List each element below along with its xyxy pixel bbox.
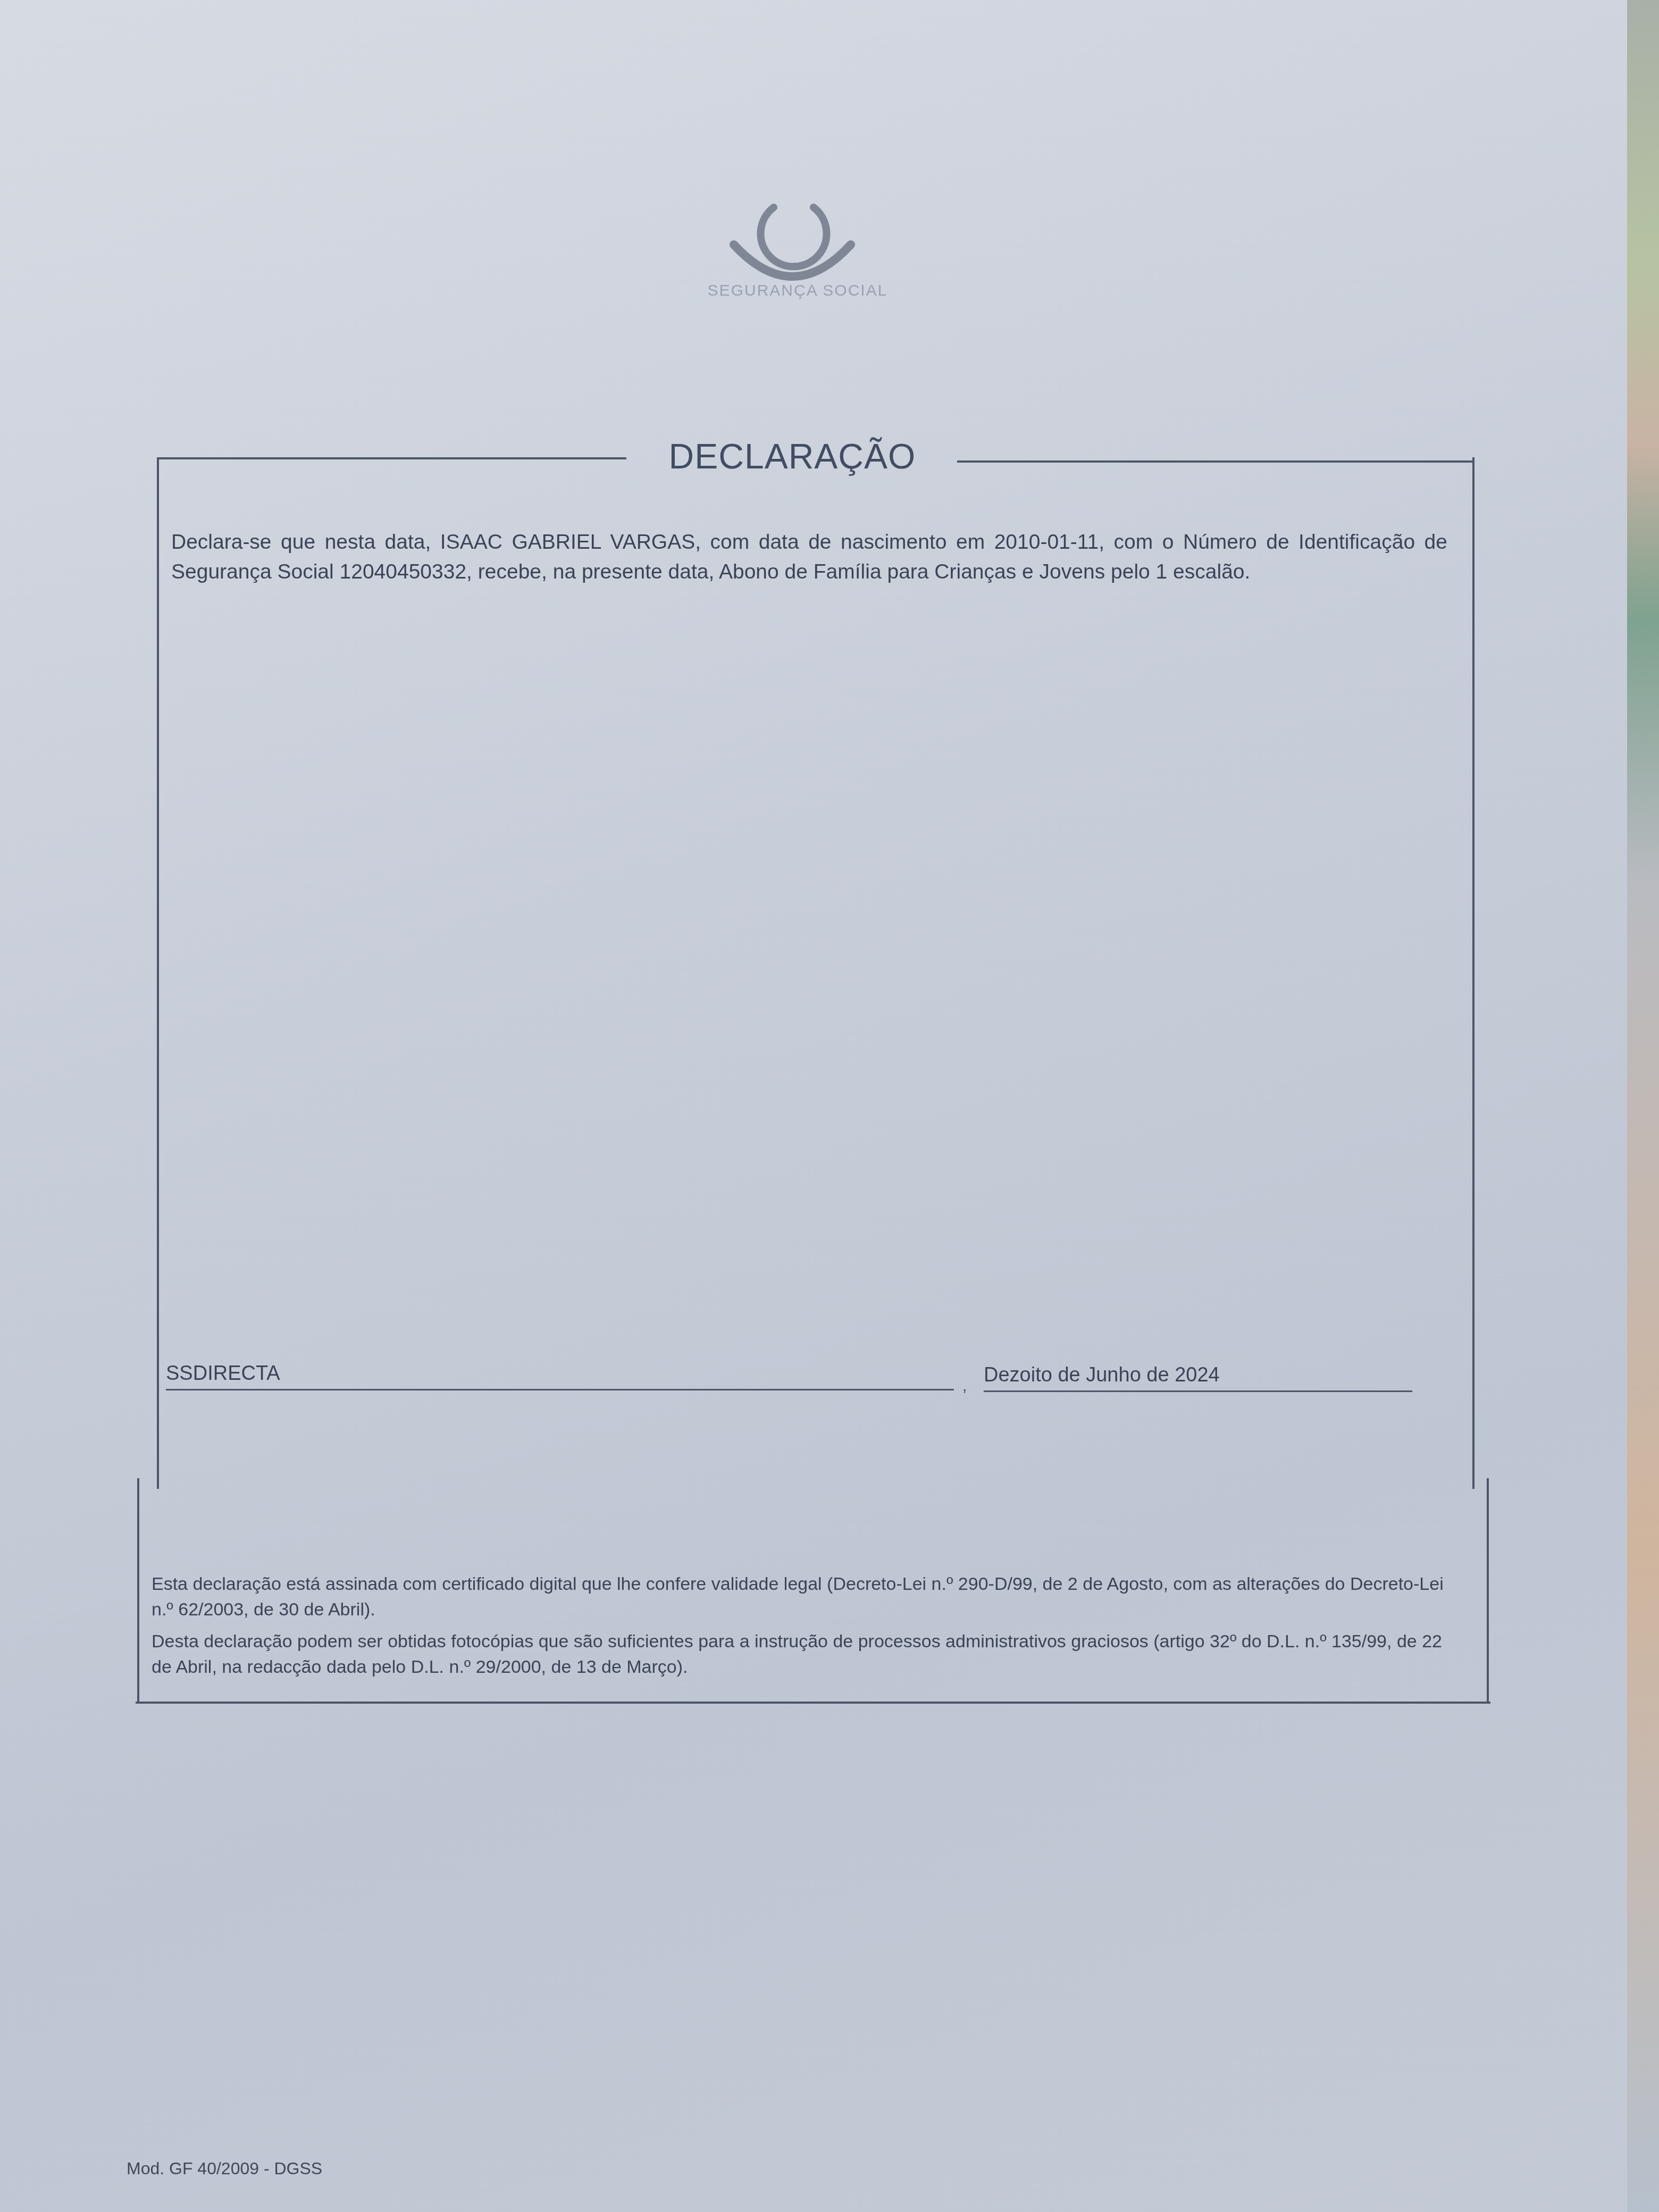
issuer-label: SSDIRECTA — [166, 1362, 280, 1385]
legal-note-photocopies: Desta declaração podem ser obtidas fotoc… — [152, 1629, 1454, 1680]
declaration-body: Declara-se que nesta data, ISAAC GABRIEL… — [171, 527, 1447, 587]
frame-bottom-border — [136, 1702, 1490, 1704]
frame-left-border — [137, 1478, 139, 1704]
document-page: SEGURANÇA SOCIAL DECLARAÇÃO Declara-se q… — [0, 0, 1627, 2212]
legal-note-digital-signature: Esta declaração está assinada com certif… — [152, 1571, 1454, 1622]
frame-right-border — [1487, 1478, 1489, 1704]
document-frame — [157, 457, 1474, 1489]
issue-date: Dezoito de Junho de 2024 — [984, 1364, 1220, 1387]
issuer-signature-line — [166, 1389, 954, 1390]
legal-notes: Esta declaração está assinada com certif… — [152, 1571, 1454, 1686]
signature-separator: , — [962, 1377, 967, 1395]
date-signature-line — [984, 1390, 1412, 1392]
form-code: Mod. GF 40/2009 - DGSS — [127, 2159, 322, 2179]
logo-text: SEGURANÇA SOCIAL — [707, 282, 888, 300]
